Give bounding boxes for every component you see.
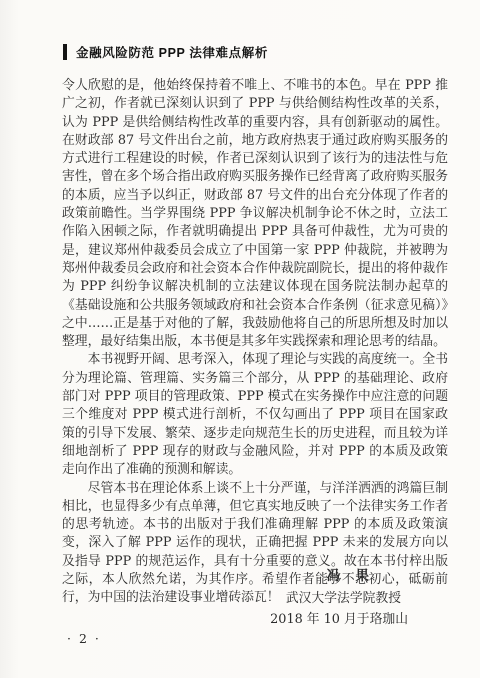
header-rule-icon xyxy=(63,44,67,60)
page-number: · 2 · xyxy=(67,631,101,646)
signature-date: 2018 年 10 月于珞珈山 xyxy=(270,608,408,627)
paragraph: 令人欣慰的是，他始终保持着不唯上、不唯书的本色。早在 PPP 推广之初，作者就已… xyxy=(62,77,448,351)
paragraph: 本书视野开阔、思考深入，体现了理论与实践的高度统一。全书分为理论篇、管理篇、实务… xyxy=(62,351,448,479)
signature-name: 冯 果 xyxy=(327,564,371,584)
page-header: 金融风险防范 PPP 法律难点解析 xyxy=(63,43,268,61)
body-paragraphs: 令人欣慰的是，他始终保持着不唯上、不唯书的本色。早在 PPP 推广之初，作者就已… xyxy=(62,77,448,608)
running-head-title: 金融风险防范 PPP 法律难点解析 xyxy=(76,43,268,61)
book-page: 金融风险防范 PPP 法律难点解析 令人欣慰的是，他始终保持着不唯上、不唯书的本… xyxy=(0,0,480,678)
signature-title: 武汉大学法学院教授 xyxy=(286,587,401,606)
